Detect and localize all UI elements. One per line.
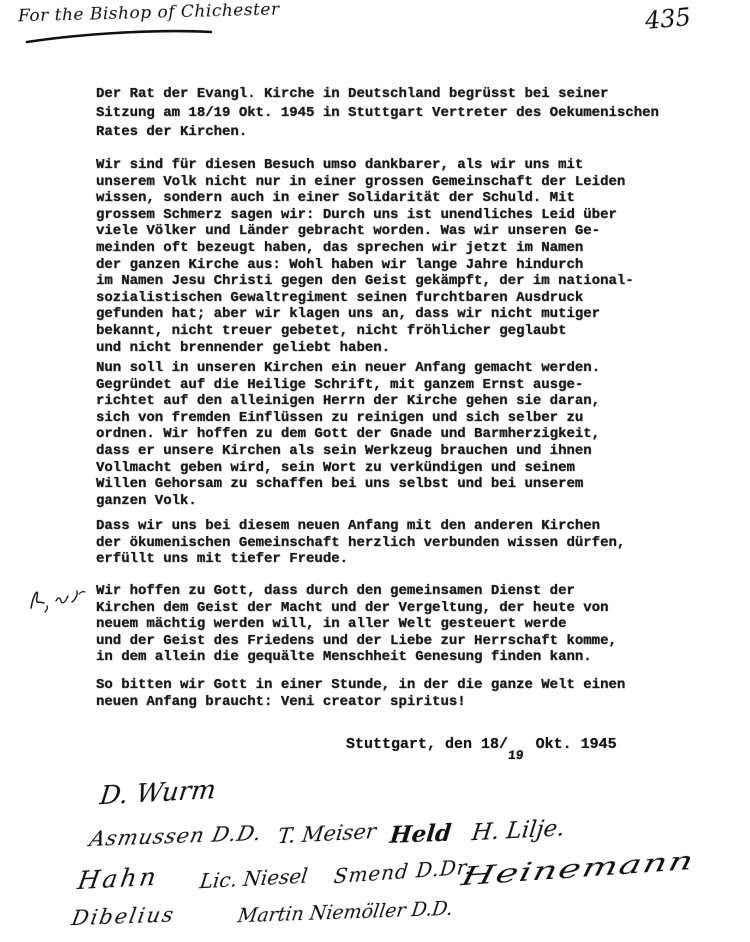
paragraph-ecumenical-fellowship: Dass wir uns bei diesem neuen Anfang mit… bbox=[96, 518, 625, 568]
signature-niemoeller: Martin Niemöller D.D. bbox=[236, 897, 454, 927]
signature-held: Held bbox=[389, 820, 453, 849]
signature-wurm: D. Wurm bbox=[98, 775, 218, 811]
routing-note-underline bbox=[25, 28, 215, 46]
signature-niesel: Lic. Niesel bbox=[199, 863, 310, 893]
signature-hahn: Hahn bbox=[76, 862, 161, 896]
signature-smend: Smend D.Dr. bbox=[333, 854, 474, 888]
paragraph-hope-for-peace: Wir hoffen zu Gott, dass durch den gemei… bbox=[96, 583, 617, 666]
dateline-subscript-day: 19 bbox=[507, 748, 524, 763]
paragraph-veni-creator: So bitten wir Gott in einer Stunde, in d… bbox=[96, 677, 625, 710]
marginal-scribble bbox=[26, 584, 90, 614]
signature-asmussen: Asmussen D.D. bbox=[87, 821, 264, 851]
signature-heinemann: Heinemann bbox=[459, 845, 698, 891]
signature-lilje: H. Lilje. bbox=[470, 815, 566, 846]
dateline-prefix: Stuttgart, den 18/ bbox=[346, 736, 508, 753]
dateline-suffix: Okt. 1945 bbox=[527, 736, 617, 753]
dateline: Stuttgart, den 18/19 Okt. 1945 bbox=[346, 736, 617, 753]
signature-meiser: T. Meiser bbox=[277, 819, 378, 848]
page-number: 435 bbox=[644, 3, 692, 35]
signature-dibelius: Dibelius bbox=[70, 902, 177, 930]
paragraph-confession-of-guilt: Wir sind für diesen Besuch umso dankbare… bbox=[96, 157, 634, 356]
handwritten-routing-note: For the Bishop of Chichester bbox=[18, 0, 280, 26]
paragraph-new-beginning: Nun soll in unseren Kirchen ein neuer An… bbox=[96, 360, 600, 509]
scanned-letter-page: For the Bishop of Chichester 435 Der Rat… bbox=[0, 0, 750, 942]
paragraph-greeting: Der Rat der Evangl. Kirche in Deutschlan… bbox=[96, 85, 659, 142]
